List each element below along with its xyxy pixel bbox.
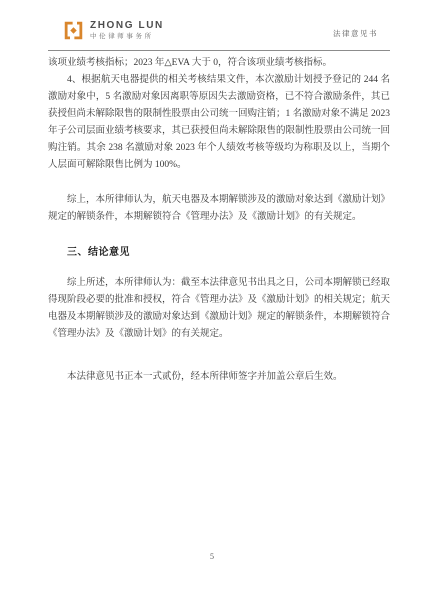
logo-name-en: ZHONG LUN xyxy=(90,21,164,31)
zhonglun-seal-icon xyxy=(63,20,84,41)
document-page: ZHONG LUN 中伦律师事务所 法律意见书 该项业绩考核指标；2023 年△… xyxy=(0,0,424,600)
document-type-label: 法律意见书 xyxy=(333,28,378,41)
logo-text: ZHONG LUN 中伦律师事务所 xyxy=(90,21,164,41)
document-footer: 5 xyxy=(0,546,424,564)
header-divider xyxy=(48,50,390,51)
paragraph-conclusion: 综上所述，本所律师认为：截至本法律意见书出具之日，公司本期解锁已经取得现阶段必要… xyxy=(48,275,390,343)
paragraph-item-4: 4、根据航天电器提供的相关考核结果文件，本次激励计划授予登记的 244 名激励对… xyxy=(48,72,390,174)
document-body: 该项业绩考核指标；2023 年△EVA 大于 0，符合该项业绩考核指标。 4、根… xyxy=(48,55,390,386)
page-number: 5 xyxy=(210,552,214,561)
section-heading-conclusion: 三、结论意见 xyxy=(48,244,390,261)
paragraph-summary: 综上，本所律师认为，航天电器及本期解锁涉及的激励对象达到《激励计划》规定的解锁条… xyxy=(48,192,390,226)
logo-name-zh: 中伦律师事务所 xyxy=(90,34,164,41)
zhonglun-logo: ZHONG LUN 中伦律师事务所 xyxy=(63,20,164,41)
paragraph-effectiveness: 本法律意见书正本一式贰份，经本所律师签字并加盖公章后生效。 xyxy=(48,369,390,386)
document-header: ZHONG LUN 中伦律师事务所 法律意见书 xyxy=(63,20,378,41)
paragraph-continuation: 该项业绩考核指标；2023 年△EVA 大于 0，符合该项业绩考核指标。 xyxy=(48,55,390,72)
